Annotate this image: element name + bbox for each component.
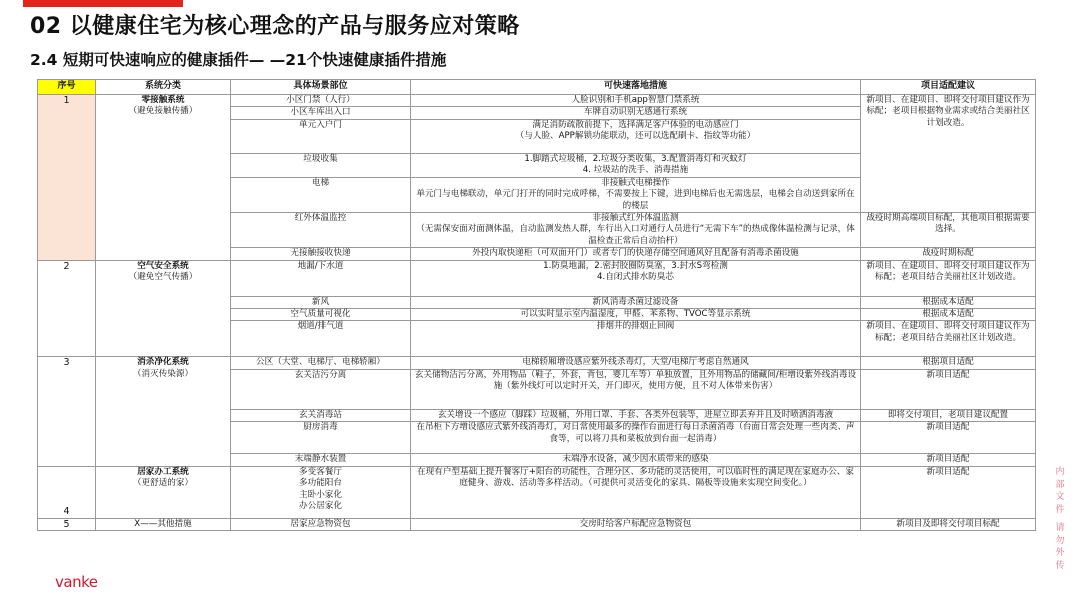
- seq-cell: 2: [38, 260, 96, 357]
- watermark-char: 请: [1053, 522, 1067, 535]
- watermark-char: 外: [1053, 547, 1067, 560]
- advice-cell: 新项目适配: [861, 369, 1036, 409]
- vanke-logo: vanke: [55, 573, 97, 591]
- watermark-char: 件: [1053, 504, 1067, 517]
- seq-cell: 4: [38, 466, 96, 518]
- advice-cell: 新项目、在建项目、即将交付项目建议作为标配；老项目结合美丽社区计划改造。: [861, 321, 1036, 357]
- advice-cell: 根据项目适配: [861, 357, 1036, 369]
- measure-cell: 车牌自动识别无感通行系统: [411, 107, 861, 119]
- measure-cell: 新风消毒杀菌过滤设备: [411, 296, 861, 308]
- confidential-watermark: 内 部 文 件 请 勿 外 传: [1053, 466, 1067, 572]
- watermark-char: 内: [1053, 466, 1067, 479]
- system-cell: 空气安全系统 （避免空气传播）: [96, 260, 231, 357]
- scene-cell: 居家应急物资包: [231, 518, 411, 530]
- scene-cell: 单元入户门: [231, 119, 411, 153]
- scene-cell: 末端静水装置: [231, 454, 411, 466]
- measure-cell: 外投内取快递柜（可双面开门）或者专门的快递存储空间通风好且配备有消毒杀菌设施: [411, 248, 861, 260]
- scene-cell: 多变客餐厅 多功能阳台 主卧小家化 办公居家化: [231, 466, 411, 518]
- system-cell: X——其他措施: [96, 518, 231, 530]
- page-title: 02 以健康住宅为核心理念的产品与服务应对策略: [30, 9, 520, 40]
- scene-cell: 垃圾收集: [231, 153, 411, 177]
- watermark-char: 勿: [1053, 535, 1067, 548]
- watermark-char: 传: [1053, 560, 1067, 573]
- advice-cell: 新项目适配: [861, 454, 1036, 466]
- scene-cell: 新风: [231, 296, 411, 308]
- measure-cell: 末端净水设备，减少因水质带来的感染: [411, 454, 861, 466]
- system-note: （消灭传染源）: [133, 369, 193, 379]
- col-header-measure: 可快速落地措施: [411, 80, 861, 95]
- col-header-seq: 序号: [38, 80, 96, 95]
- watermark-char: 部: [1053, 479, 1067, 492]
- measure-cell: 1.防臭地漏，2.密封胶圈防臭塞，3.封水S弯检测 4.自闭式排水防臭芯: [411, 260, 861, 296]
- advice-cell: 新项目及即将交付项目标配: [861, 518, 1036, 530]
- measure-cell: 可以实时显示室内温湿度，甲醛、苯系物、TVOC等显示系统: [411, 309, 861, 321]
- table-row: 3 消杀净化系统 （消灭传染源） 公区（大堂、电梯厅、电梯轿厢） 电梯轿厢增设感…: [38, 357, 1036, 369]
- system-note: （避免空气传播）: [129, 272, 198, 282]
- table-row: 1 零接触系统 （避免接触传播） 小区门禁（人行） 人脸识别和手机app智慧门禁…: [38, 95, 1036, 107]
- scene-cell: 厨房消毒: [231, 422, 411, 454]
- table-header-row: 序号 系统分类 具体场景部位 可快速落地措施 项目适配建议: [38, 80, 1036, 95]
- measure-cell: 满足消防疏散前提下，选择满足客户体验的电动感应门 （与人脸、APP解锁功能联动，…: [411, 119, 861, 153]
- system-note: （避免接触传播）: [129, 106, 198, 116]
- measure-cell: 在现有户型基础上提升餐客厅+阳台的功能性，合理分区、多功能的灵活使用，可以临时性…: [411, 466, 861, 518]
- advice-cell: 新项目、在建项目、即将交付项目建议作为标配；老项目结合美丽社区计划改造。: [861, 260, 1036, 296]
- col-header-scene: 具体场景部位: [231, 80, 411, 95]
- table-row: 2 空气安全系统 （避免空气传播） 地漏/下水道 1.防臭地漏，2.密封胶圈防臭…: [38, 260, 1036, 296]
- scene-cell: 小区车库出入口: [231, 107, 411, 119]
- seq-cell: 5: [38, 518, 96, 530]
- advice-cell: 战疫时期标配: [861, 248, 1036, 260]
- scene-cell: 地漏/下水道: [231, 260, 411, 296]
- col-header-advice: 项目适配建议: [861, 80, 1036, 95]
- measure-cell: 1.脚踏式垃圾桶，2.垃圾分类收集，3.配置消毒灯和灭蚊灯 4. 垃圾站的洗手、…: [411, 153, 861, 177]
- measure-cell: 在吊柜下方增设感应式紫外线消毒灯，对日常使用最多的操作台面进行每日杀菌消毒（台面…: [411, 422, 861, 454]
- system-cell: 零接触系统 （避免接触传播）: [96, 95, 231, 261]
- scene-cell: 公区（大堂、电梯厅、电梯轿厢）: [231, 357, 411, 369]
- measure-cell: 交房时给客户标配应急物资包: [411, 518, 861, 530]
- system-name: 零接触系统: [98, 95, 228, 106]
- seq-cell: 1: [38, 95, 96, 261]
- advice-cell: 新项目适配: [861, 466, 1036, 518]
- advice-cell: 即将交付项目，老项目建议配置: [861, 409, 1036, 421]
- system-cell: 消杀净化系统 （消灭传染源）: [96, 357, 231, 466]
- measures-table: 序号 系统分类 具体场景部位 可快速落地措施 项目适配建议 1 零接触系统 （避…: [37, 79, 1036, 531]
- section-subtitle: 2.4 短期可快速响应的健康插件— —21个快速健康插件措施: [30, 48, 446, 70]
- advice-cell: 根据成本适配: [861, 296, 1036, 308]
- system-name: 消杀净化系统: [98, 357, 228, 368]
- scene-cell: 无接触接收快递: [231, 248, 411, 260]
- accent-bar: [23, 0, 183, 7]
- advice-cell: 战疫时期高端项目标配，其他项目根据需要选择。: [861, 213, 1036, 248]
- table-row: 5 X——其他措施 居家应急物资包 交房时给客户标配应急物资包 新项目及即将交付…: [38, 518, 1036, 530]
- advice-cell: 根据成本适配: [861, 309, 1036, 321]
- measure-cell: 非接触式红外体温监测 （无需保安面对面测体温，自动监测发热人群，车行出入口对通行…: [411, 213, 861, 248]
- table-row: 4 居家办工系统 （更舒适的家） 多变客餐厅 多功能阳台 主卧小家化 办公居家化…: [38, 466, 1036, 518]
- system-name: 空气安全系统: [98, 261, 228, 272]
- scene-cell: 玄关消毒站: [231, 409, 411, 421]
- seq-cell: 3: [38, 357, 96, 466]
- system-name: 居家办工系统: [98, 467, 228, 478]
- advice-cell: 新项目、在建项目、即将交付项目建议作为标配；老项目根据物业需求或结合美丽社区计划…: [861, 95, 1036, 213]
- watermark-char: 文: [1053, 491, 1067, 504]
- advice-cell: 新项目适配: [861, 422, 1036, 454]
- scene-cell: 空气质量可视化: [231, 309, 411, 321]
- measure-cell: 玄关储物洁污分离，外用物品（鞋子，外套，背包，婴儿车等）单独放置，且外用物品的储…: [411, 369, 861, 409]
- measure-cell: 电梯轿厢增设感应紫外线杀毒灯，大堂/电梯厅考虑自然通风: [411, 357, 861, 369]
- system-note: （更舒适的家）: [133, 478, 193, 488]
- measure-cell: 排烟井的排烟止回阀: [411, 321, 861, 357]
- measure-cell: 玄关增设一个感应（脚踩）垃圾桶，外用口罩、手套、各类外包装等，进屋立即丢弃并且及…: [411, 409, 861, 421]
- col-header-system: 系统分类: [96, 80, 231, 95]
- system-cell: 居家办工系统 （更舒适的家）: [96, 466, 231, 518]
- scene-cell: 玄关洁污分离: [231, 369, 411, 409]
- measure-cell: 人脸识别和手机app智慧门禁系统: [411, 95, 861, 107]
- scene-cell: 烟道/排气道: [231, 321, 411, 357]
- scene-cell: 小区门禁（人行）: [231, 95, 411, 107]
- scene-cell: 红外体温监控: [231, 213, 411, 248]
- measure-cell: 非接触式电梯操作 单元门与电梯联动，单元门打开的同时完成呼梯，不需要按上下键，进…: [411, 177, 861, 212]
- scene-cell: 电梯: [231, 177, 411, 212]
